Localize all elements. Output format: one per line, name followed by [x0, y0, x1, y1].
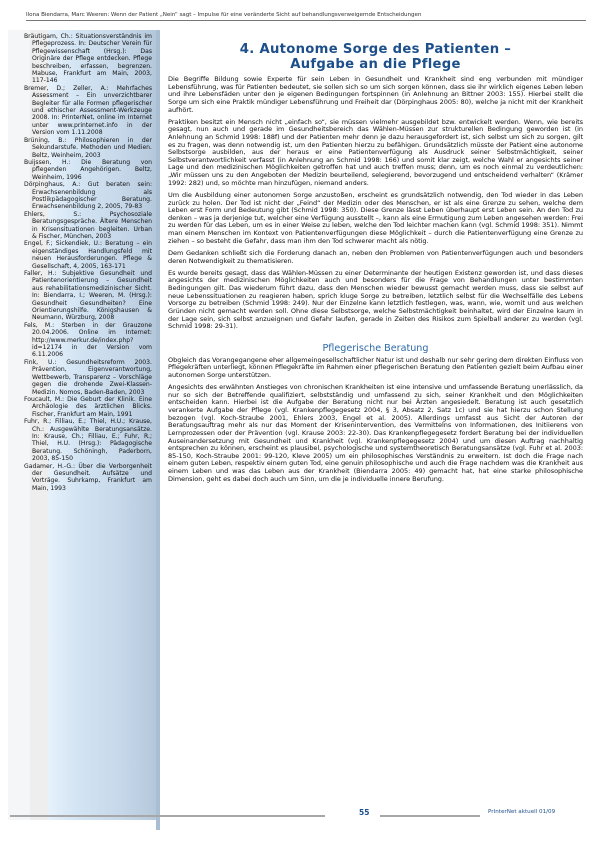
subsection-heading: Pflegerische Beratung [168, 343, 583, 354]
reference-item: Buijssen, H.: Die Beratung von pflegende… [24, 159, 152, 181]
reference-item: Ehlers, S.: Psychosoziale Beratungsgespr… [24, 211, 152, 241]
footer-rule-left [10, 815, 325, 817]
page-number: 55 [359, 808, 369, 817]
reference-item: Fuhr, R.; Filliau, E.; Thiel, H.U.; Krau… [24, 418, 152, 462]
section-heading-line1: 4. Autonome Sorge des Patienten – [240, 42, 511, 57]
reference-item: Fink, U.: Gesundheitsreform 2003. Präven… [24, 359, 152, 396]
body-paragraph: Praktiken besitzt ein Mensch nicht „einf… [168, 119, 583, 188]
body-paragraph: Dem Gedanken schließt sich die Forderung… [168, 250, 583, 265]
reference-item: Dörpinghaus, A.: Gut beraten sein: Erwac… [24, 181, 152, 211]
section-heading: 4. Autonome Sorge des Patienten – Aufgab… [168, 42, 583, 72]
body-paragraph: Es wurde bereits gesagt, dass das Wählen… [168, 270, 583, 331]
reference-item: Engel, F.; Sickendiek, U.: Beratung – ei… [24, 240, 152, 270]
reference-item: Faller, H.: Subjektive Gesundheit und Pa… [24, 270, 152, 322]
body-paragraph: Obgleich das Vorangegangene eher allgeme… [168, 357, 583, 380]
reference-item: Gadamer, H.-G.: Über die Verborgenheit d… [24, 463, 152, 493]
body-paragraph: Angesichts des erwähnten Anstieges von c… [168, 384, 583, 483]
journal-name: PrInterNet aktuell 01/09 [488, 809, 555, 815]
sidebar-edge [156, 30, 160, 830]
running-header: Ilona Biendarra, Marc Weeren: Wenn der P… [26, 12, 586, 21]
reference-item: Bremer, D.; Zeller, A.: Mehrfaches Asses… [24, 85, 152, 137]
main-column: 4. Autonome Sorge des Patienten – Aufgab… [168, 42, 583, 488]
reference-list: Bräutigam, Ch.: Situationsverständnis im… [24, 33, 152, 492]
reference-item: Foucault, M.: Die Geburt der Klinik. Ein… [24, 396, 152, 418]
section-heading-line2: Aufgabe an die Pflege [290, 57, 461, 72]
body-paragraph: Die Begriffe Bildung sowie Experte für s… [168, 76, 583, 114]
reference-item: Brüning, B.: Philosophieren in der Sekun… [24, 137, 152, 159]
footer-rule-right [380, 815, 480, 817]
body-paragraph: Um die Ausbildung einer autonomen Sorge … [168, 192, 583, 245]
reference-item: Fels, M.: Sterben in der Grauzone 20.04.… [24, 322, 152, 359]
reference-item: Bräutigam, Ch.: Situationsverständnis im… [24, 33, 152, 85]
